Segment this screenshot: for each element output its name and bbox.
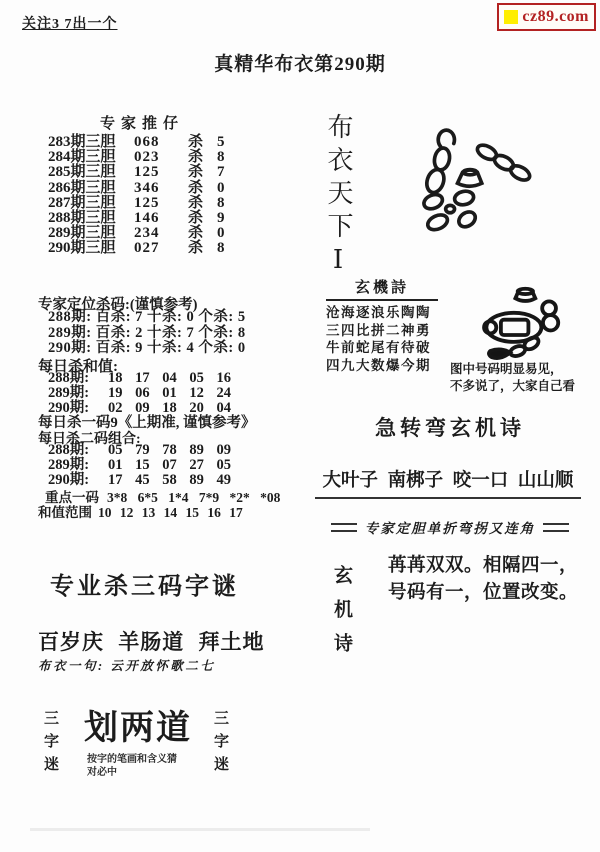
scan-smudge — [30, 828, 370, 831]
dan-row: 290期三胆 027 杀 8 — [48, 241, 225, 256]
dan-row-numbers: 234 — [134, 226, 168, 241]
logo-yellow-square-icon — [504, 10, 518, 24]
sha-value: 8 — [217, 150, 225, 165]
riddle-title: 专业杀三码字谜 — [50, 566, 239, 601]
expert-picks-header: 专家推仔 — [100, 112, 184, 133]
sum-values: 19 06 01 12 24 — [108, 385, 231, 401]
sharp-turn-poem-line: 大叶子 南梆子 咬一口 山山顺 — [315, 466, 581, 499]
dan-row: 283期三胆 068 杀 5 — [48, 135, 225, 150]
sha-value: 0 — [217, 226, 225, 241]
dan-row-numbers: 146 — [134, 211, 168, 226]
double-line-decoration — [543, 523, 569, 532]
positional-kill-row: 289期: 百杀: 2 十杀: 7 个杀: 8 — [48, 326, 246, 342]
sha-label: 杀 — [188, 196, 203, 211]
ring-figure-with-ingot-drawing — [470, 283, 570, 361]
mystery-poem-line: 四九大数爆今期 — [326, 357, 438, 375]
caption-line: 不多说了，大家自己看 — [450, 378, 575, 395]
dan-row-label: 285期三胆 — [48, 165, 128, 180]
sha-value: 5 — [217, 135, 225, 150]
dan-row: 285期三胆 125 杀 7 — [48, 165, 225, 180]
three-char-riddle-label-left: 三字迷 — [40, 710, 61, 779]
dan-row: 287期三胆 125 杀 8 — [48, 196, 225, 211]
buyi-sentence: 布衣一句: 云开放怀歌二七 — [38, 656, 215, 674]
expert-dan-divider: 专家定胆单折弯拐又连角 — [310, 517, 590, 537]
mystery-poem-block: 玄機詩 沧海逐浪乐陶陶 三四比拼二神勇 牛前蛇尾有待破 四九大数爆今期 — [326, 276, 438, 374]
logo-text: cz89.com — [522, 8, 589, 26]
combo-row: 289期:01 15 07 27 05 — [48, 458, 231, 473]
sum-row: 288期:18 17 04 05 16 — [48, 371, 231, 386]
sha-value: 8 — [217, 196, 225, 211]
sum-range-line: 和值范围10 12 13 14 15 16 17 — [38, 501, 243, 521]
lottery-chart-page: 关注3 7出一个 cz89.com 真精华布衣第290期 专家推仔 283期三胆… — [0, 0, 600, 852]
sum-row: 289期:19 06 01 12 24 — [48, 386, 231, 401]
bottom-mystery-poem: 苒苒双双。相隔四一， 号码有一，位置改变。 — [388, 553, 578, 607]
dan-row-numbers: 023 — [134, 150, 168, 165]
sha-value: 7 — [217, 165, 225, 180]
combo-values: 05 79 78 89 09 — [108, 442, 231, 458]
sum-range-label: 和值范围 — [38, 505, 92, 520]
positional-kill-row: 288期: 百杀: 7 十杀: 0 个杀: 5 — [48, 310, 246, 326]
buyi-tianxia-vertical-title: 布衣天下Ⅰ — [320, 113, 357, 282]
mystery-poem-line: 牛前蛇尾有待破 — [326, 339, 438, 357]
dan-row-numbers: 346 — [134, 181, 168, 196]
mystery-poem-line: 沧海逐浪乐陶陶 — [326, 304, 438, 322]
dan-row-label: 286期三胆 — [48, 181, 128, 196]
sha-value: 8 — [217, 241, 225, 256]
poem-line: 号码有一，位置改变。 — [388, 580, 578, 607]
combo-row: 288期:05 79 78 89 09 — [48, 443, 231, 458]
dan-row: 286期三胆 346 杀 0 — [48, 181, 225, 196]
two-code-combo-rows: 288期:05 79 78 89 09 289期:01 15 07 27 05 … — [48, 443, 231, 488]
issue-label: 288期: — [48, 371, 100, 386]
sha-value: 0 — [217, 181, 225, 196]
sha-label: 杀 — [188, 241, 203, 256]
hint-line: 按字的笔画和含义猜 — [87, 753, 217, 766]
dan-row-numbers: 068 — [134, 135, 168, 150]
issue-label: 288期: — [48, 443, 100, 458]
riddle-line: 百岁庆 羊肠道 拜土地 — [38, 626, 265, 656]
daily-kill-sum-rows: 288期:18 17 04 05 16 289期:19 06 01 12 24 … — [48, 371, 231, 416]
dan-row-numbers: 027 — [134, 241, 168, 256]
three-char-riddle-label-right: 三字迷 — [210, 710, 231, 779]
sharp-turn-poem-title: 急转弯玄机诗 — [310, 412, 590, 442]
site-logo: cz89.com — [497, 3, 596, 31]
mystery-poem-line: 三四比拼二神勇 — [326, 322, 438, 340]
page-title: 真精华布衣第290期 — [0, 49, 600, 76]
dan-row-label: 283期三胆 — [48, 135, 128, 150]
dan-row-label: 290期三胆 — [48, 241, 128, 256]
expert-dan-text: 专家定胆单折弯拐又连角 — [365, 517, 536, 537]
sha-label: 杀 — [188, 135, 203, 150]
combo-values: 01 15 07 27 05 — [108, 457, 231, 473]
dan-row-numbers: 125 — [134, 165, 168, 180]
three-char-riddle-answer: 划两道 — [84, 700, 192, 749]
top-note: 关注3 7出一个 — [22, 13, 118, 33]
positional-kill-rows: 288期: 百杀: 7 十杀: 0 个杀: 5 289期: 百杀: 2 十杀: … — [48, 310, 246, 357]
expert-dan-list: 283期三胆 068 杀 5 284期三胆 023 杀 8 285期三胆 125… — [48, 135, 225, 257]
chain-links-and-ingots-drawing — [403, 128, 537, 240]
sum-range-values: 10 12 13 14 15 16 17 — [98, 505, 243, 520]
mystery-poem-title: 玄機詩 — [326, 276, 438, 301]
issue-label: 289期: — [48, 386, 100, 401]
sha-label: 杀 — [188, 165, 203, 180]
sha-value: 9 — [217, 211, 225, 226]
drawing-caption: 图中号码明显易见， 不多说了，大家自己看 — [450, 361, 575, 395]
issue-label: 289期: — [48, 458, 100, 473]
sha-label: 杀 — [188, 211, 203, 226]
poem-line: 苒苒双双。相隔四一， — [388, 553, 578, 580]
double-line-decoration — [331, 523, 357, 532]
dan-row-label: 287期三胆 — [48, 196, 128, 211]
dan-row-label: 288期三胆 — [48, 211, 128, 226]
sha-label: 杀 — [188, 181, 203, 196]
caption-line: 图中号码明显易见， — [450, 361, 575, 378]
sum-values: 18 17 04 05 16 — [108, 370, 231, 386]
dan-row: 288期三胆 146 杀 9 — [48, 211, 225, 226]
three-char-riddle-hint: 按字的笔画和含义猜 对必中 — [87, 753, 217, 779]
dan-row-numbers: 125 — [134, 196, 168, 211]
mystery-poem-vertical-label: 玄机诗 — [328, 565, 355, 667]
hint-line: 对必中 — [87, 766, 217, 779]
